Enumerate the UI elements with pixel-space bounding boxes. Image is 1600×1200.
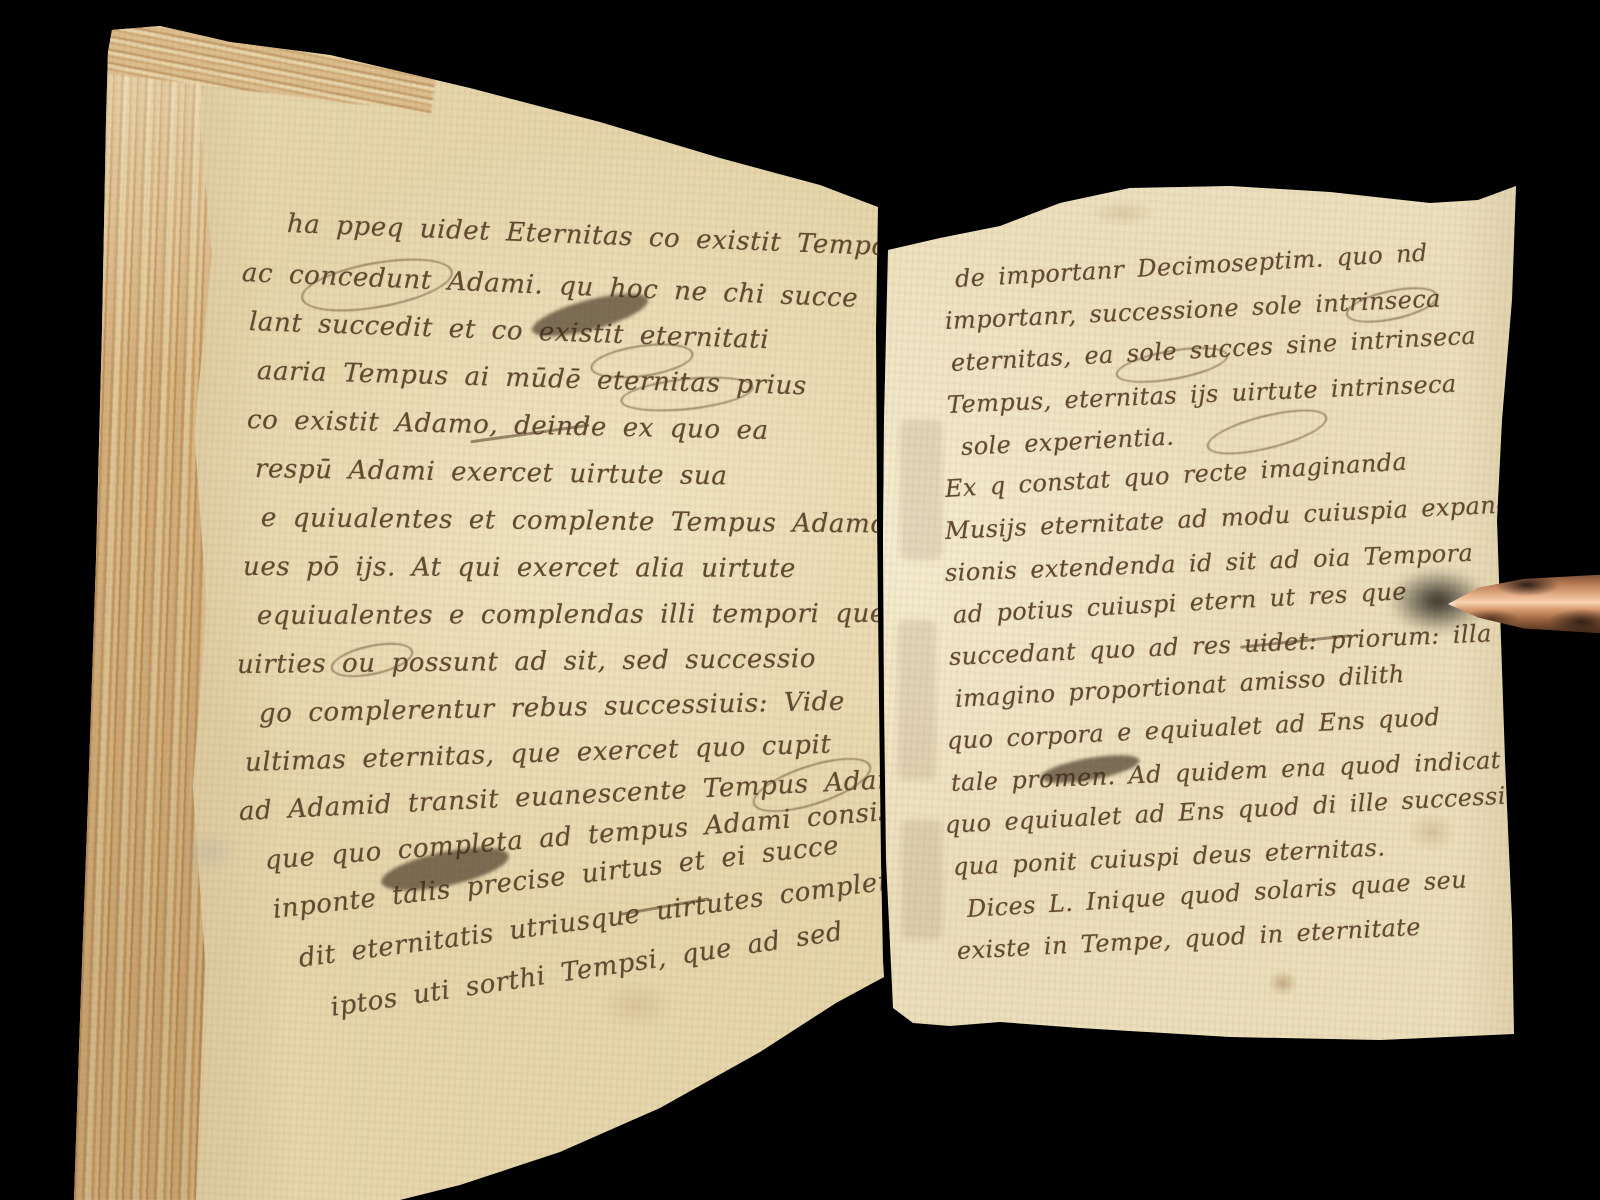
ink-showthrough [900,420,942,560]
paper-stain [1408,812,1456,852]
handwriting-line: equiualentes e complendas illi tempori q… [257,589,990,641]
paper-stain [925,180,963,210]
paper-stain [180,830,240,874]
ink-showthrough [902,820,942,940]
paper-stain [1090,200,1156,226]
handwriting-line: e quiualentes et complente Tempus Adamo [261,494,991,551]
paper-stain [600,980,674,1030]
manuscript-photo: ha ppeq uidet Eternitas co existit Tempo… [0,0,1600,1200]
ink-showthrough [898,620,936,780]
paper-stain [1268,970,1298,996]
fore-edge-stack [60,18,218,1200]
handwriting-line: ues pō ijs. At qui exercet alia uirtute [243,543,990,595]
left-page-text: ha ppeq uidet Eternitas co existit Tempo… [235,200,990,1033]
